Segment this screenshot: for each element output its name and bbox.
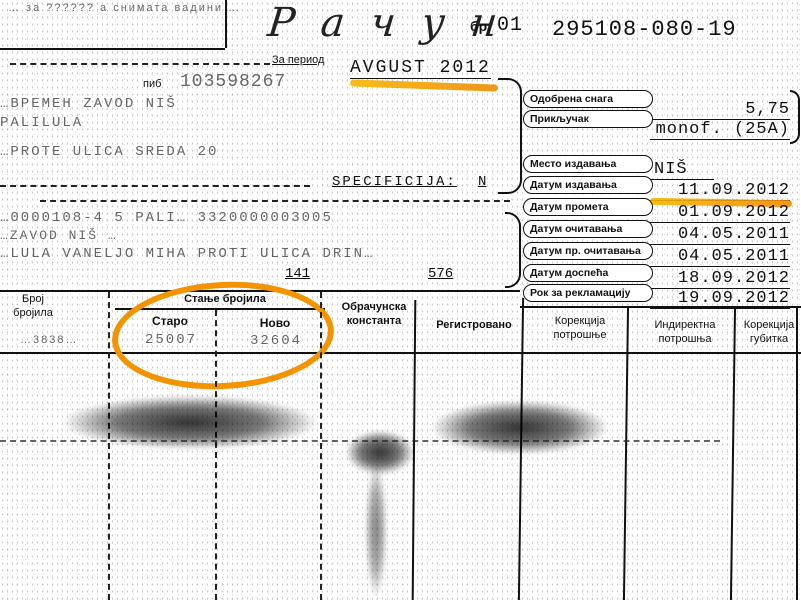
power-bracket xyxy=(790,90,800,144)
circle-annotation-meter-state xyxy=(109,276,336,394)
highlight-period xyxy=(350,79,498,91)
col-divider-6 xyxy=(623,306,629,600)
specification-value: N xyxy=(478,174,486,190)
bill-number: 295108-080-19 xyxy=(552,17,737,42)
info-label-connection: Прикључак xyxy=(523,110,653,128)
meter-line-4a: 141 xyxy=(285,266,310,282)
col-divider-8 xyxy=(796,306,798,600)
top-left-fragment: … за ?????? а снимата вадини … xyxy=(8,2,241,14)
info-value-approved-power: 5,75 xyxy=(650,100,790,120)
number-label: бр. xyxy=(470,18,491,34)
info-label-reading-date: Датум очитавања xyxy=(523,220,653,238)
meter-line-4b: 576 xyxy=(428,266,453,282)
table-top-line-right xyxy=(520,306,801,308)
pib-label: пиб xyxy=(143,78,161,90)
meter-line-2: …ZAVOD NIŠ … xyxy=(0,228,118,243)
customer-line-3: …PROTE ULICA SREDA 20 xyxy=(0,144,218,160)
number-prefix: 01 xyxy=(497,14,523,37)
specification-label: SPECIFICIJA: xyxy=(332,174,457,190)
col-divider-7 xyxy=(730,306,736,600)
col-loss-correction: Корекција губитка xyxy=(737,318,801,346)
info-value-reading-date: 04.05.2011 xyxy=(650,225,790,245)
col-billing-constant: Обрачунска константа xyxy=(328,300,420,328)
period-label: За период xyxy=(272,54,324,66)
info-value-prev-reading-date: 04.05.2011 xyxy=(650,247,790,267)
customer-line-2: PALILULA xyxy=(0,115,83,131)
info-label-issue-place: Место издавања xyxy=(523,155,653,173)
info-label-issue-date: Датум издавања xyxy=(523,176,653,194)
col-divider-3 xyxy=(320,292,322,600)
meter-bracket xyxy=(505,212,521,288)
col-meter-number: Број бројила xyxy=(8,292,58,320)
scan-blot-right xyxy=(430,400,610,455)
info-label-due-date: Датум доспећа xyxy=(523,264,653,282)
info-value-issue-place: NIŠ xyxy=(650,160,714,180)
top-left-box-right xyxy=(225,0,227,48)
meter-line-1: …0000108-4 5 PALI… 3320000003005 xyxy=(0,210,333,226)
top-left-box-bottom xyxy=(0,48,225,50)
cell-meter-number: …3838… xyxy=(20,334,78,346)
customer-line-1: …ВРЕМЕН ZAVOD NIŠ xyxy=(0,96,177,112)
meter-line-3: …LULA VANELJO MIHA PROTI ULICA DRIN… xyxy=(0,246,374,262)
pib-value: 103598267 xyxy=(180,72,286,92)
info-label-prev-reading-date: Датум пр. очитавања xyxy=(523,242,653,260)
info-label-transaction-date: Датум промета xyxy=(523,198,653,216)
col-consumption-correction: Корекција потрошње xyxy=(530,314,630,342)
divider-dashed-3 xyxy=(40,200,510,202)
col-indirect-consumption: Индиректна потрошња xyxy=(635,318,735,346)
info-value-connection: monof. (25A) xyxy=(650,120,790,140)
period-value: AVGUST 2012 xyxy=(350,58,491,79)
divider-dashed-2 xyxy=(0,185,310,187)
divider-dashed xyxy=(10,63,270,65)
customer-bracket xyxy=(498,78,522,194)
info-value-transaction-date: 01.09.2012 xyxy=(650,203,790,223)
col-registered: Регистровано xyxy=(420,318,528,332)
fold-line xyxy=(0,440,720,442)
info-label-approved-power: Одобрена снага xyxy=(523,90,653,108)
scan-streak xyxy=(365,460,387,600)
info-label-complaint-deadline: Рок за рекламацију xyxy=(523,284,653,302)
info-value-due-date: 18.09.2012 xyxy=(650,269,790,289)
col-divider-2 xyxy=(215,310,217,600)
